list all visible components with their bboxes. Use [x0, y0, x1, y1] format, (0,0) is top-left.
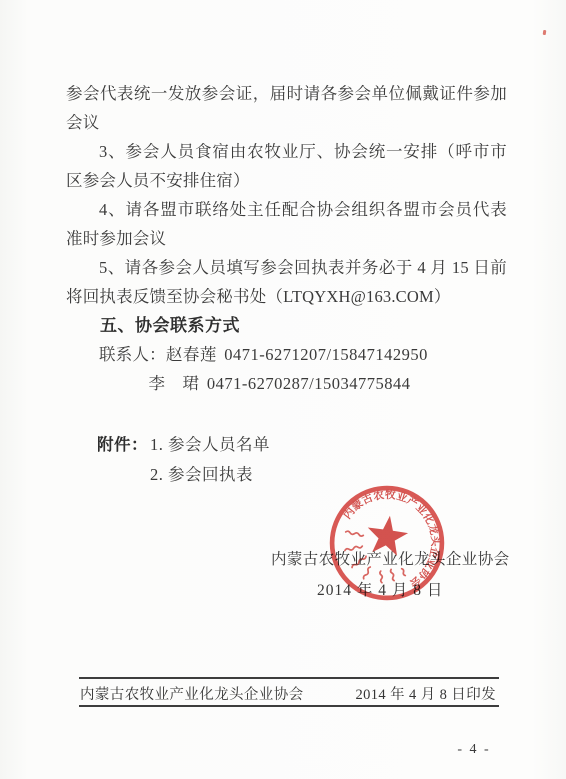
seal-arc-text: 内蒙古农牧业产业化龙头企业协会: [341, 488, 442, 590]
section-heading: 五、协会联系方式: [66, 311, 507, 340]
footer-rule-top: [79, 677, 499, 679]
attachment-block: 附件： 1. 参会人员名单 2. 参会回执表: [97, 430, 270, 490]
contact-line-2: 李 珺0471-6270287/15034775844: [66, 369, 507, 398]
footer-issue-date: 2014 年 4 月 8 日印发: [355, 683, 496, 704]
page-number: - 4 -: [450, 742, 498, 758]
attachment-label: 附件：: [97, 430, 148, 460]
attachment-item-2: 2. 参会回执表: [150, 460, 270, 490]
contact-line-1: 联系人：赵春莲0471-6271207/15847142950: [66, 340, 507, 369]
signature-date: 2014 年 4 月 8 日: [317, 578, 443, 600]
footer-row: 内蒙古农牧业产业化龙头企业协会 2014 年 4 月 8 日印发: [80, 683, 496, 704]
paragraph-item-3: 3、参会人员食宿由农牧业厅、协会统一安排（呼市市区参会人员不安排住宿）: [66, 137, 507, 195]
contact-phone-1: 0471-6271207/15847142950: [224, 345, 428, 364]
signature-org: 内蒙古农牧业产业化龙头企业协会: [271, 547, 510, 569]
red-ink-speck: [543, 30, 547, 35]
scan-speck: [212, 379, 214, 381]
attachment-items: 1. 参会人员名单 2. 参会回执表: [150, 430, 270, 490]
paragraph-item-4: 4、请各盟市联络处主任配合协会组织各盟市会员代表准时参加会议: [66, 195, 507, 253]
paragraph-item-5: 5、请各参会人员填写参会回执表并务必于 4 月 15 日前将回执表反馈至协会秘书…: [66, 253, 507, 311]
contact-name-2: 李 珺: [149, 374, 200, 393]
attachment-item-1: 1. 参会人员名单: [150, 430, 270, 460]
contact-label: 联系人：: [99, 345, 166, 364]
document-page: 参会代表统一发放参会证，届时请各参会单位佩戴证件参加会议 3、参会人员食宿由农牧…: [0, 0, 566, 779]
contact-name-1: 赵春莲: [166, 345, 217, 364]
contact-phone-2: 0471-6270287/15034775844: [207, 374, 411, 393]
body-text: 参会代表统一发放参会证，届时请各参会单位佩戴证件参加会议 3、参会人员食宿由农牧…: [66, 79, 507, 398]
paragraph-carryover: 参会代表统一发放参会证，届时请各参会单位佩戴证件参加会议: [66, 79, 507, 137]
footer-org: 内蒙古农牧业产业化龙头企业协会: [80, 683, 304, 704]
footer-rule-bottom: [79, 705, 499, 707]
svg-text:内蒙古农牧业产业化龙头企业协会: 内蒙古农牧业产业化龙头企业协会: [341, 488, 442, 590]
